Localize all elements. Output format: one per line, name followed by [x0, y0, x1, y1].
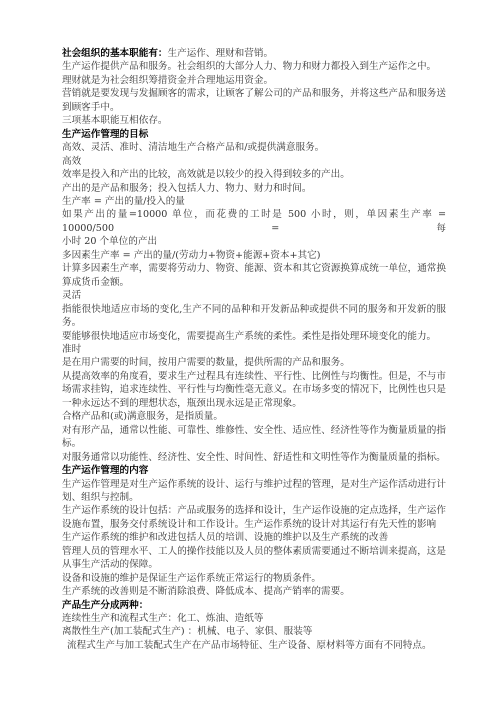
text-line: 产出的是产品和服务；投入包括人力、物力、财力和时间。	[62, 182, 446, 195]
text-line: 管理人员的管理水平、工人的操作技能以及人员的整体素质需要通过不断培训来提高，这是	[62, 545, 446, 558]
text-run: 多因素生产率 = 产出的量/(劳动力+物资+能源+资本+其它)	[62, 250, 320, 261]
text-run: 一种永远达不到的理想状态，瓶颈出现永远是正常现象。	[62, 398, 302, 409]
text-line: 理财就是为社会组织筹措资金并合理地运用资金。	[62, 74, 446, 87]
text-run: 生产运作管理是对生产运作系统的设计、运行与维护过程的管理，是对生产运作活动进行计	[62, 479, 446, 490]
text-line: 生产系统的改善则是不断消除浪费、降低成本、提高产销率的需要。	[62, 585, 446, 598]
text-run: 对服务通常以功能性、经济性、安全性、时间性、舒适性和文明性等作为衡量质量的指标。	[62, 452, 446, 463]
text-run: 要能够很快地适应市场变化，需要提高生产系统的柔性。柔性是指处理环境变化的能力。	[62, 331, 436, 342]
text-line: 划、组织与控制。	[62, 491, 446, 504]
text-line: 设备和设施的维护是保证生产运作系统正常运行的物质条件。	[62, 572, 446, 585]
heading-line: 社会组织的基本职能有：生产运作、理财和营销。	[62, 47, 446, 60]
text-line: 如果产出的量=10000 单位，而花费的工时是 500 小时，则，单因素生产率 …	[62, 208, 446, 235]
text-line: 高效、灵活、准时、清洁地生产合格产品和/或提供满意服务。	[62, 141, 446, 154]
bold-text-run: 产品生产分成两种：	[62, 600, 148, 611]
text-line: 算成货币金额。	[62, 276, 446, 289]
text-run: 到顾客手中。	[62, 102, 120, 113]
text-run: 高效、灵活、准时、清洁地生产合格产品和/或提供满意服务。	[62, 142, 324, 153]
text-run: 设备和设施的维护是保证生产运作系统正常运行的物质条件。	[62, 573, 321, 584]
text-line: 标。	[62, 437, 446, 450]
bold-text-run: 生产运作管理的目标	[62, 129, 148, 140]
text-line: 是在用户需要的时间，按用户需要的数量，提供所需的产品和服务。	[62, 356, 446, 369]
document-text-block: 社会组织的基本职能有：生产运作、理财和营销。生产运作提供产品和服务。社会组织的大…	[62, 47, 446, 652]
text-run: 标。	[62, 438, 81, 449]
text-run: 生产运作系统的设计包括：产品或服务的选择和设计，生产运作设施的定点选择，生产运作	[62, 505, 446, 516]
text-line: 设施布置，服务交付系统设计和工作设计。生产运作系统的设计对其运行有先天性的影响	[62, 518, 446, 531]
text-line: 到顾客手中。	[62, 101, 446, 114]
text-run: 三项基本职能互相依存。	[62, 115, 168, 126]
text-line: 从提高效率的角度看，要求生产过程具有连续性、平行性、比例性与均衡性。但是，不与市	[62, 370, 446, 383]
text-run: 从提高效率的角度看，要求生产过程具有连续性、平行性、比例性与均衡性。但是，不与市	[62, 371, 446, 382]
text-line: 一种永远达不到的理想状态，瓶颈出现永远是正常现象。	[62, 397, 446, 410]
text-run: 高效	[62, 156, 81, 167]
text-run: 指能很快地适应市场的变化,生产不同的品种和开发新品种或提供不同的服务和开发新的服	[62, 304, 446, 315]
text-line: 生产运作管理是对生产运作系统的设计、运行与维护过程的管理，是对生产运作活动进行计	[62, 478, 446, 491]
text-line: 指能很快地适应市场的变化,生产不同的品种和开发新品种或提供不同的服务和开发新的服	[62, 303, 446, 316]
text-run: 管理人员的管理水平、工人的操作技能以及人员的整体素质需要通过不断培训来提高，这是	[62, 546, 446, 557]
text-line: 对服务通常以功能性、经济性、安全性、时间性、舒适性和文明性等作为衡量质量的指标。	[62, 451, 446, 464]
text-run: 流程式生产与加工装配式生产在产品市场特征、生产设备、原材料等方面有不同特点。	[67, 640, 432, 651]
text-run: 场需求挂钩，追求连续性、平行性与均衡性毫无意义。在市场多变的情况下，比例性也只是	[62, 384, 446, 395]
text-line: 计算多因素生产率，需要将劳动力、物资、能源、资本和其它资源换算成统一单位，通常换	[62, 262, 446, 275]
heading-line: 生产运作管理的目标	[62, 128, 446, 141]
text-run: 灵活	[62, 290, 81, 301]
heading-line: 生产运作管理的内容	[62, 464, 446, 477]
text-line: 高效	[62, 155, 446, 168]
text-run: 理财就是为社会组织筹措资金并合理地运用资金。	[62, 75, 273, 86]
text-run: 效率是投入和产出的比较，高效就是以较少的投入得到较多的产出。	[62, 169, 350, 180]
text-line: 生产运作系统的设计包括：产品或服务的选择和设计，生产运作设施的定点选择，生产运作	[62, 504, 446, 517]
text-line: 流程式生产与加工装配式生产在产品市场特征、生产设备、原材料等方面有不同特点。	[62, 639, 446, 652]
text-run: 是在用户需要的时间，按用户需要的数量，提供所需的产品和服务。	[62, 357, 350, 368]
text-line: 生产运作系统的维护和改进包括人员的培训、设施的维护以及生产系统的改善	[62, 531, 446, 544]
text-line: 对有形产品，通常以性能、可靠性、维修性、安全性、适应性、经济性等作为衡量质量的指	[62, 424, 446, 437]
text-run: 生产运作、理财和营销。	[168, 48, 274, 59]
bold-text-run: 生产运作管理的内容	[62, 465, 148, 476]
text-line: 小时 20 个单位的产出	[62, 235, 446, 248]
text-run: 划、组织与控制。	[62, 492, 139, 503]
text-line: 要能够很快地适应市场变化，需要提高生产系统的柔性。柔性是指处理环境变化的能力。	[62, 330, 446, 343]
text-line: 多因素生产率 = 产出的量/(劳动力+物资+能源+资本+其它)	[62, 249, 446, 262]
text-line: 场需求挂钩，追求连续性、平行性与均衡性毫无意义。在市场多变的情况下，比例性也只是	[62, 383, 446, 396]
text-run: 离散性生产(加工装配式生产) ：机械、电子、家俱、服装等	[62, 626, 312, 637]
heading-line: 产品生产分成两种：	[62, 599, 446, 612]
text-line: 三项基本职能互相依存。	[62, 114, 446, 127]
text-run: 务。	[62, 317, 81, 328]
text-run: 生产运作系统的维护和改进包括人员的培训、设施的维护以及生产系统的改善	[62, 532, 388, 543]
text-run: 连续性生产和流程式生产：化工、炼油、造纸等	[62, 613, 263, 624]
text-run: 从事生产活动的保障。	[62, 559, 158, 570]
text-run: 合格产品和(或)满意服务，是指质量。	[62, 411, 223, 422]
text-line: 合格产品和(或)满意服务，是指质量。	[62, 410, 446, 423]
text-run: 生产率 = 产出的量/投入的量	[62, 196, 185, 207]
text-run: 设施布置，服务交付系统设计和工作设计。生产运作系统的设计对其运行有先天性的影响	[62, 519, 436, 530]
text-run: 准时	[62, 344, 81, 355]
text-line: 连续性生产和流程式生产：化工、炼油、造纸等	[62, 612, 446, 625]
text-run: 生产系统的改善则是不断消除浪费、降低成本、提高产销率的需要。	[62, 586, 350, 597]
text-line: 效率是投入和产出的比较，高效就是以较少的投入得到较多的产出。	[62, 168, 446, 181]
text-run: 小时 20 个单位的产出	[62, 236, 157, 247]
text-run: 生产运作提供产品和服务。社会组织的大部分人力、物力和财力都投入到生产运作之中。	[62, 61, 436, 72]
text-run: 产出的是产品和服务；投入包括人力、物力、财力和时间。	[62, 183, 311, 194]
text-line: 准时	[62, 343, 446, 356]
text-run: 营销就是要发现与发掘顾客的需求，让顾客了解公司的产品和服务，并将这些产品和服务送	[62, 88, 446, 99]
text-line: 灵活	[62, 289, 446, 302]
bold-text-run: 社会组织的基本职能有：	[62, 48, 168, 59]
text-run: 计算多因素生产率，需要将劳动力、物资、能源、资本和其它资源换算成统一单位，通常换	[62, 263, 446, 274]
text-line: 务。	[62, 316, 446, 329]
text-run: 如果产出的量=10000 单位，而花费的工时是 500 小时，则，单因素生产率 …	[62, 209, 446, 233]
text-run: 对有形产品，通常以性能、可靠性、维修性、安全性、适应性、经济性等作为衡量质量的指	[62, 425, 446, 436]
text-line: 生产率 = 产出的量/投入的量	[62, 195, 446, 208]
text-line: 生产运作提供产品和服务。社会组织的大部分人力、物力和财力都投入到生产运作之中。	[62, 60, 446, 73]
text-line: 营销就是要发现与发掘顾客的需求，让顾客了解公司的产品和服务，并将这些产品和服务送	[62, 87, 446, 100]
text-line: 从事生产活动的保障。	[62, 558, 446, 571]
text-line: 离散性生产(加工装配式生产) ：机械、电子、家俱、服装等	[62, 625, 446, 638]
document-page: 社会组织的基本职能有：生产运作、理财和营销。生产运作提供产品和服务。社会组织的大…	[0, 0, 496, 702]
text-run: 算成货币金额。	[62, 277, 129, 288]
